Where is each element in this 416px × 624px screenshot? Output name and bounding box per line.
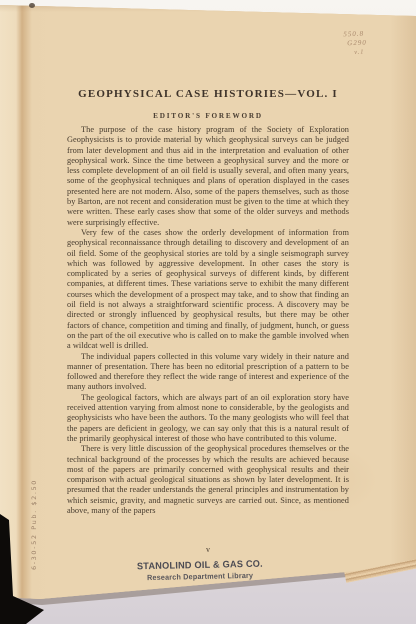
foreword-paragraph: The individual papers collected in this … — [67, 352, 349, 393]
library-stamp: STANOLIND OIL & GAS CO. Research Departm… — [120, 558, 280, 582]
page-title: GEOPHYSICAL CASE HISTORIES—VOL. I — [64, 88, 352, 100]
foreword-paragraph: Very few of the cases show the orderly d… — [67, 228, 349, 352]
call-number-volume: v.1 — [330, 47, 378, 58]
pencil-margin-note: 6-30-52 Pub. $2.50 — [30, 418, 40, 570]
ink-speck — [29, 3, 35, 8]
page-number: v — [64, 545, 352, 554]
foreword-paragraph: The geological factors, which are always… — [67, 393, 349, 444]
book-page-scan: 550.8 G290 v.1 6-30-52 Pub. $2.50 GEOPHY… — [0, 0, 416, 624]
foreword-body: The purpose of the case history program … — [67, 125, 349, 516]
section-heading: EDITOR'S FOREWORD — [64, 112, 352, 120]
pencil-call-number: 550.8 G290 v.1 — [330, 29, 379, 58]
foreword-paragraph: The purpose of the case history program … — [67, 125, 349, 228]
foreword-paragraph: There is very little discussion of the g… — [67, 444, 349, 516]
